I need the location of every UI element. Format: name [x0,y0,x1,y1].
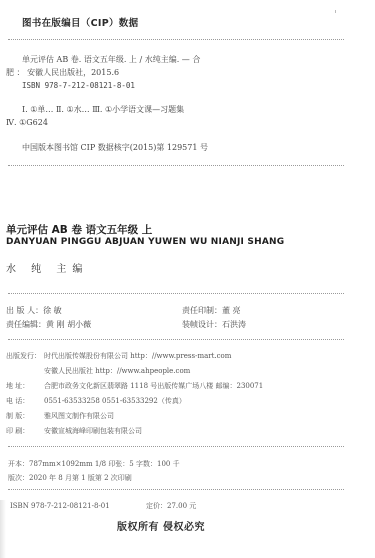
print-editor: 责任印制：董 亮 [182,304,241,317]
cip-subject-line1: Ⅰ. ①单… Ⅱ. ①水… Ⅲ. ①小学语文课—习题集 [22,103,184,116]
cip-subject-line2: Ⅳ. ①G624 [6,116,48,129]
address-row: 地 址：合肥市政务文化新区翡翠路 1118 号出版传媒广场八楼 邮编：23007… [6,380,263,392]
print-label: 印 刷： [6,425,44,437]
cip-title: 图书在版编目（CIP）数据 [22,15,138,29]
phone: 0551-63533258 0551-63533292（传真） [44,397,186,405]
footer-isbn: ISBN 978-7-212-08121-8-01 [10,500,110,512]
book-author: 水 纯 主编 [6,260,88,275]
divider [8,165,344,166]
distributor-2: 安徽人民出版社 http：//www.ahpeople.com [44,365,190,377]
phone-row: 电 话：0551-63533258 0551-63533292（传真） [6,395,186,407]
distributor-row-1: 出版发行：时代出版传媒股份有限公司 http：//www.press-mart.… [6,350,231,362]
printer: 安徽宣城海峰印刷包装有限公司 [44,427,142,435]
format-specs: 开本：787mm×1092mm 1/8 印张：5 字数：100 千 [8,458,180,470]
responsible-editor: 责任编辑：黄 刚 胡小薇 [6,318,91,331]
plate-label: 制 版： [6,410,44,422]
divider [8,293,344,294]
address: 合肥市政务文化新区翡翠路 1118 号出版传媒广场八楼 邮编：230071 [44,382,263,390]
edition: 版次：2020 年 8 月第 1 版第 2 次印刷 [8,472,132,484]
binding-design: 装帧设计：石洪涛 [182,318,246,331]
book-title-pinyin: DANYUAN PINGGU ABJUAN YUWEN WU NIANJI SH… [6,237,284,247]
copyright-notice: 版权所有 侵权必究 [117,518,205,533]
scan-mark [335,10,336,13]
divider [8,489,344,490]
price: 定价：27.00 元 [146,500,196,512]
distributor-1: 时代出版传媒股份有限公司 http：//www.press-mart.com [44,352,231,360]
publisher-person: 出 版 人：徐 敏 [6,304,62,317]
book-title: 单元评估 AB 卷 语文五年级 上 [6,222,152,237]
cip-entry-line1: 单元评估 AB 卷. 语文五年级. 上 / 水纯主编. — 合 [22,53,200,66]
print-row: 印 刷：安徽宣城海峰印刷包装有限公司 [6,425,142,437]
plate: 雅风图文制作有限公司 [44,412,114,420]
divider [8,339,344,340]
phone-label: 电 话： [6,395,44,407]
page-edge-shadow [0,500,6,558]
cip-number: 中国版本图书馆 CIP 数据核字(2015)第 129571 号 [22,141,208,154]
divider [8,446,344,447]
plate-row: 制 版：雅风图文制作有限公司 [6,410,114,422]
distributor-label: 出版发行： [6,350,44,362]
cip-isbn: ISBN 978-7-212-08121-8-01 [22,79,135,92]
cip-entry-line2: 肥 ： 安徽人民出版社，2015.6 [6,66,119,79]
divider [8,39,344,40]
address-label: 地 址： [6,380,44,392]
